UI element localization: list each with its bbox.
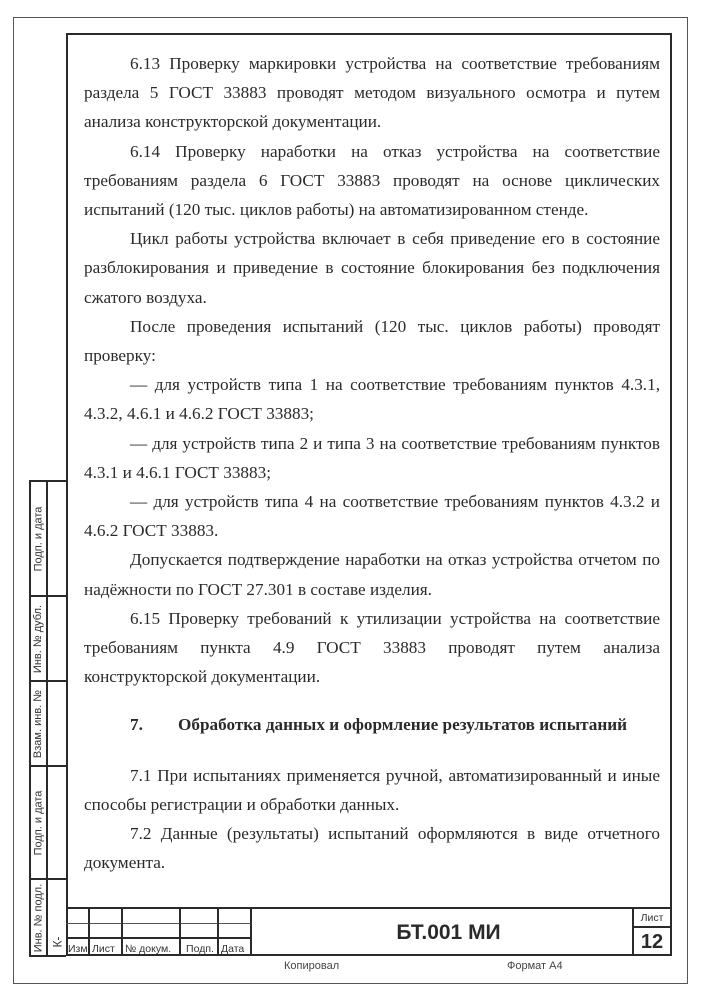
side-stamp: Подп. и дата Инв. № дубл. Взам. инв. № П…	[29, 480, 66, 957]
side-cell-dup-inv: Инв. № дубл.	[31, 597, 66, 682]
side-cell-sign-date-top: Подп. и дата	[31, 482, 66, 597]
section-heading-7: 7.Обработка данных и оформление результа…	[84, 710, 660, 739]
side-label: Взам. инв. №	[33, 689, 45, 757]
side-label: Инв. № подл.	[33, 883, 45, 952]
revision-table: Изм Лист № докум. Подп. Дата	[66, 909, 265, 956]
col-header-doc-no: № докум.	[123, 939, 181, 956]
side-value: К-	[50, 937, 64, 948]
sheet-number: 12	[634, 928, 670, 956]
paragraph-allowed: Допускается подтверждение наработки на о…	[84, 545, 660, 603]
rev-cell	[90, 924, 123, 939]
col-header-sheet: Лист	[90, 939, 123, 956]
rev-cell	[181, 924, 219, 939]
rev-cell	[123, 909, 181, 924]
col-header-signature: Подп.	[181, 939, 219, 956]
side-cell-orig-inv: Инв. № подл. К-	[31, 880, 66, 955]
rev-cell	[181, 909, 219, 924]
side-cell-replace-inv: Взам. инв. №	[31, 682, 66, 767]
paragraph-after-tests: После проведения испытаний (120 тыс. цик…	[84, 312, 660, 370]
paragraph-cycle: Цикл работы устройства включает в себя п…	[84, 224, 660, 312]
paragraph-7-1: 7.1 При испытаниях применяется ручной, а…	[84, 761, 660, 819]
footer-format: Формат А4	[507, 960, 563, 972]
list-item-type-2-3: — для устройств типа 2 и типа 3 на соотв…	[84, 429, 660, 487]
side-label: Инв. № дубл.	[33, 604, 45, 672]
rev-cell	[66, 924, 90, 939]
footer-copied: Копировал	[284, 960, 339, 972]
section-title: Обработка данных и оформление результато…	[178, 715, 627, 734]
paragraph-6-13: 6.13 Проверку маркировки устройства на с…	[84, 49, 660, 137]
rev-cell	[219, 924, 252, 939]
rev-cell	[66, 909, 90, 924]
rev-cell	[123, 924, 181, 939]
section-number: 7.	[130, 710, 178, 739]
document-code: БТ.001 МИ	[265, 909, 634, 956]
col-header-change: Изм	[66, 939, 90, 956]
list-item-type-4: — для устройств типа 4 на соответствие т…	[84, 487, 660, 545]
document-body: 6.13 Проверку маркировки устройства на с…	[84, 49, 660, 877]
side-cell-sign-date-bottom: Подп. и дата	[31, 767, 66, 880]
rev-cell	[219, 909, 252, 924]
sheet-label: Лист	[634, 909, 670, 928]
side-label: Подп. и дата	[33, 506, 45, 571]
title-block: Изм Лист № докум. Подп. Дата БТ.001 МИ Л…	[66, 907, 672, 956]
paragraph-6-14: 6.14 Проверку наработки на отказ устройс…	[84, 137, 660, 225]
paragraph-7-2: 7.2 Данные (результаты) испытаний оформл…	[84, 819, 660, 877]
rev-cell	[90, 909, 123, 924]
paragraph-6-15: 6.15 Проверку требований к утилизации ус…	[84, 604, 660, 692]
col-header-date: Дата	[219, 939, 252, 956]
side-label: Подп. и дата	[33, 790, 45, 855]
side-stamp-divider	[46, 482, 48, 955]
list-item-type-1: — для устройств типа 1 на соответствие т…	[84, 370, 660, 428]
